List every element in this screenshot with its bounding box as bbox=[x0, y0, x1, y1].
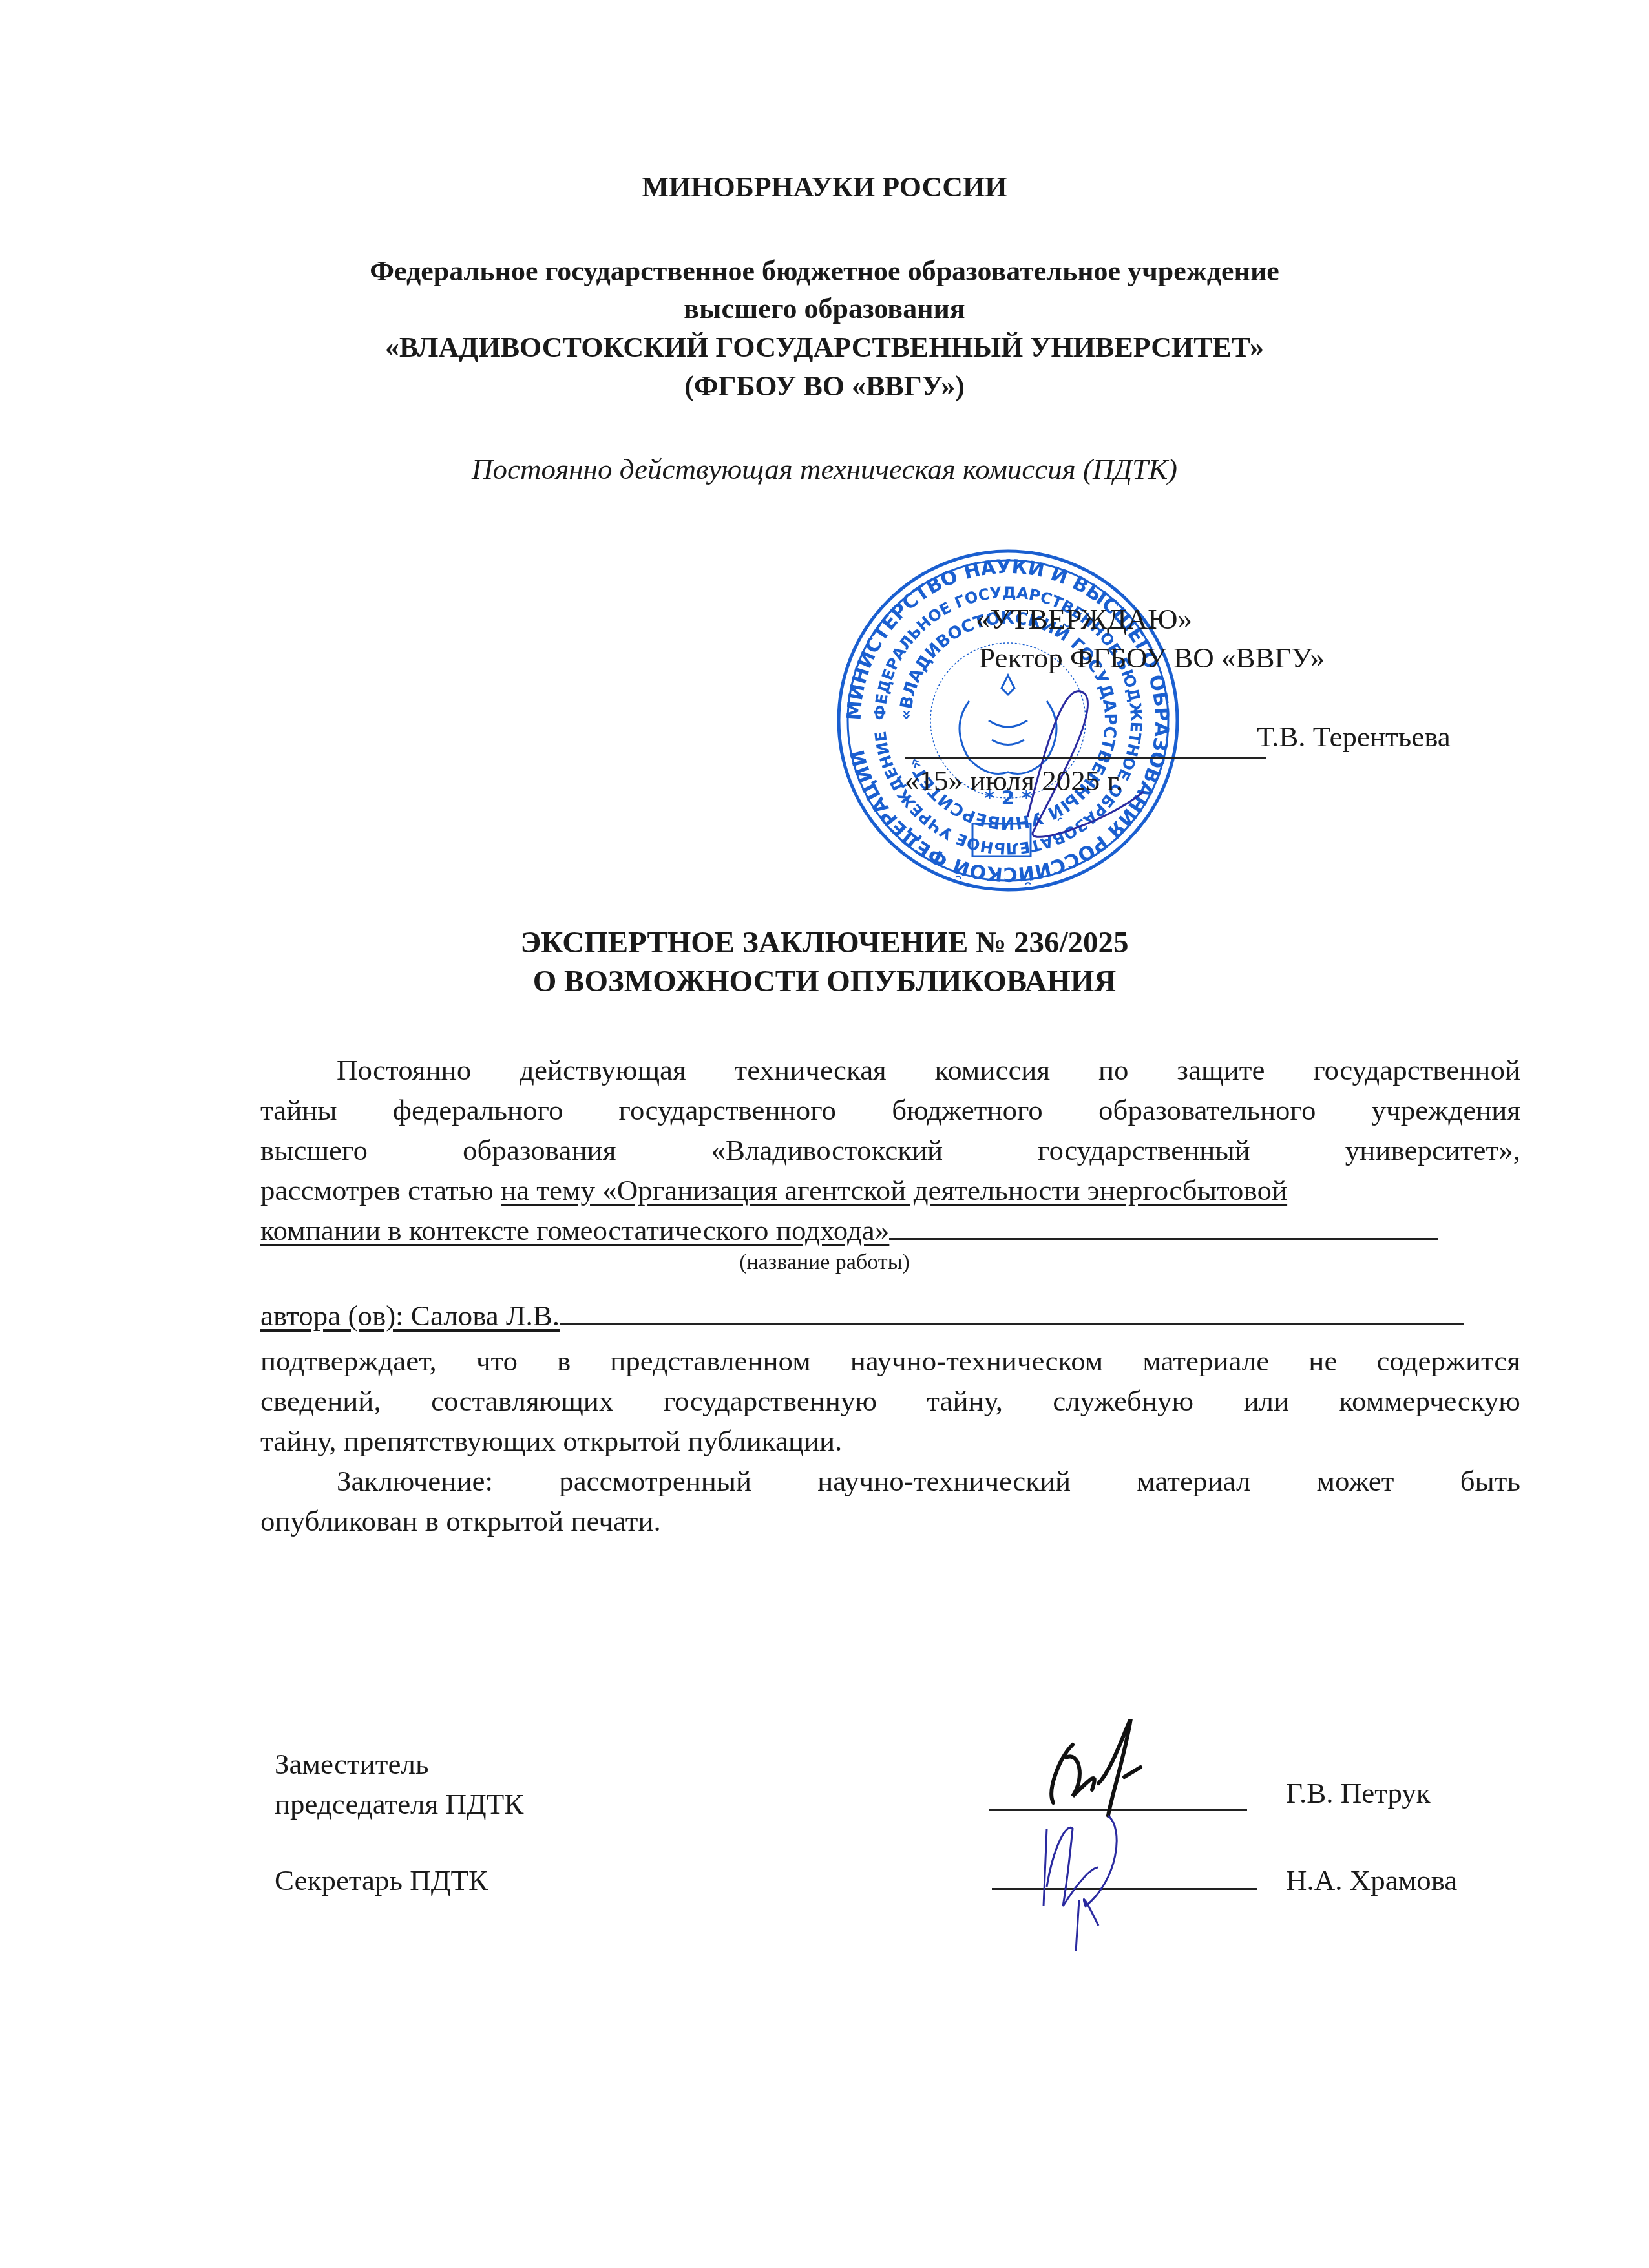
approval-name: Т.В. Терентьева bbox=[1257, 719, 1451, 755]
para2-line3: тайну, препятствующих открытой публикаци… bbox=[260, 1421, 1520, 1461]
para1-line5: компании в контексте гомеостатического п… bbox=[260, 1210, 1520, 1250]
para1-line1: Постоянно действующая техническая комисс… bbox=[260, 1050, 1520, 1090]
work-title-fill-line bbox=[889, 1238, 1438, 1240]
signer1-role-line2: председателя ПДТК bbox=[275, 1785, 523, 1823]
para2-line2: сведений, составляющих государственную т… bbox=[260, 1381, 1520, 1421]
signer2-name: Н.А. Храмова bbox=[1286, 1861, 1457, 1900]
author-line: автора (ов): Салова Л.В. bbox=[260, 1296, 1520, 1336]
ministry-heading: МИНОБРНАУКИ РОССИИ bbox=[0, 169, 1649, 205]
institution-line-2: высшего образования bbox=[0, 291, 1649, 327]
signer1-name: Г.В. Петрук bbox=[1286, 1774, 1431, 1812]
para1-line4: рассмотрев статью на тему «Организация а… bbox=[260, 1170, 1520, 1210]
signature-khramova bbox=[1044, 1816, 1117, 1951]
university-abbreviation: (ФГБОУ ВО «ВВГУ») bbox=[0, 368, 1649, 404]
author-label: автора (ов): Салова Л.В. bbox=[260, 1299, 560, 1332]
work-title-caption: (название работы) bbox=[0, 1250, 1649, 1275]
signer1-role-line1: Заместитель bbox=[275, 1745, 428, 1783]
work-title-part2: компании в контексте гомеостатического п… bbox=[260, 1214, 889, 1246]
work-title-part1: на тему «Организация агентской деятельно… bbox=[501, 1174, 1287, 1206]
para2-line1: подтверждает, что в представленном научн… bbox=[260, 1341, 1520, 1381]
para1-line3: высшего образования «Владивостокский гос… bbox=[260, 1130, 1520, 1170]
conclusion-line2: опубликован в открытой печати. bbox=[260, 1501, 1520, 1541]
reviewed-prefix: рассмотрев статью bbox=[260, 1174, 494, 1206]
signature-petruk bbox=[1051, 1719, 1140, 1816]
approval-title: «УТВЕРЖДАЮ» bbox=[976, 601, 1192, 637]
para1-line2: тайны федерального государственного бюдж… bbox=[260, 1090, 1520, 1130]
approval-date: «15» июля 2025 г. bbox=[905, 762, 1123, 799]
approval-signature-line bbox=[905, 757, 1266, 759]
document-title: ЭКСПЕРТНОЕ ЗАКЛЮЧЕНИЕ № 236/2025 bbox=[0, 925, 1649, 960]
document-subtitle: О ВОЗМОЖНОСТИ ОПУБЛИКОВАНИЯ bbox=[0, 964, 1649, 999]
university-name: «ВЛАДИВОСТОКСКИЙ ГОСУДАРСТВЕННЫЙ УНИВЕРС… bbox=[0, 330, 1649, 366]
conclusion-line1: Заключение: рассмотренный научно-техниче… bbox=[260, 1461, 1520, 1501]
institution-line-1: Федеральное государственное бюджетное об… bbox=[0, 253, 1649, 289]
commission-name: Постоянно действующая техническая комисс… bbox=[0, 452, 1649, 486]
author-fill-line bbox=[560, 1323, 1464, 1325]
handwritten-signatures bbox=[969, 1719, 1241, 1951]
signer2-role: Секретарь ПДТК bbox=[275, 1861, 488, 1900]
official-seal-stamp: МИНИСТЕРСТВО НАУКИ И ВЫСШЕГО ОБРАЗОВАНИЯ… bbox=[834, 546, 1182, 895]
approval-role: Ректор ФГБОУ ВО «ВВГУ» bbox=[979, 640, 1325, 676]
